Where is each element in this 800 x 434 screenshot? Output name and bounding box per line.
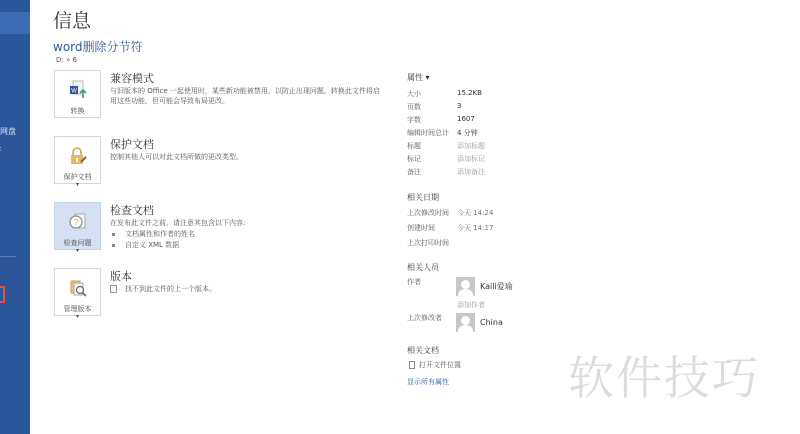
document-name: word删除分节符 [53, 38, 143, 55]
add-title-field[interactable]: 添加标题 [457, 141, 485, 151]
watermark: 软件技巧 [568, 342, 760, 408]
property-title: 标题添加标题 [407, 141, 567, 151]
property-total-editing-time: 编辑时间总计4 分钟 [407, 128, 567, 138]
property-tags: 标记添加标记 [407, 154, 567, 164]
section-description: 控制其他人可以对此文档所做的更改类型。 [110, 152, 380, 162]
page-title: 信息 [53, 6, 91, 33]
versions-status: 找不到此文件的上一个版本。 [110, 284, 216, 294]
section-description: 与旧版本的 Office 一起使用时，某些新功能被禁用，以防止出现问题。转换此文… [110, 86, 380, 106]
bullet-icon [112, 233, 115, 236]
property-pages: 页数3 [407, 102, 567, 112]
properties-heading[interactable]: 属性 ▾ [407, 72, 567, 83]
sidebar-item-baidu-netdisk[interactable]: 度网盘 [0, 126, 16, 137]
sidebar-item-other[interactable]: 于 [0, 146, 2, 157]
property-words: 字数1607 [407, 115, 567, 125]
list-item: 自定义 XML 数据 [110, 240, 195, 251]
document-icon [110, 285, 117, 293]
avatar [456, 277, 475, 296]
svg-text:W: W [71, 89, 77, 95]
section-inspect-document: ? 检查问题 ▾ 检查文档 在发布此文件之前，请注意其包含以下内容: 文档属性和… [54, 202, 384, 252]
document-icon [409, 361, 415, 369]
manage-versions-icon [68, 278, 88, 302]
manage-versions-button[interactable]: 管理版本 ▾ [54, 268, 101, 316]
sidebar-divider [0, 256, 16, 257]
properties-panel: 属性 ▾ 大小15.2KB 页数3 字数1607 编辑时间总计4 分钟 标题添加… [407, 72, 567, 83]
section-description: 在发布此文件之前，请注意其包含以下内容: [110, 218, 380, 228]
list-item: 文档属性和作者的姓名 [110, 229, 195, 240]
inspect-bullet-list: 文档属性和作者的姓名 自定义 XML 数据 [110, 229, 195, 251]
last-modified-by-name: China [480, 318, 503, 327]
date-last-modified: 上次修改时间今天 14:24 [407, 208, 567, 218]
avatar [456, 313, 475, 332]
section-protect-document: 保护文档 ▾ 保护文档 控制其他人可以对此文档所做的更改类型。 [54, 136, 384, 186]
show-all-properties-link[interactable]: 显示所有属性 [407, 377, 449, 387]
chevron-down-icon: ▾ [76, 314, 79, 320]
convert-button-label: 转换 [71, 106, 85, 116]
lock-key-icon [68, 146, 88, 170]
last-modified-by-person[interactable]: China [456, 313, 503, 332]
author-name: Kaili爱瑜 [480, 281, 513, 292]
document-path: D: » 6 [56, 56, 77, 64]
backstage-sidebar: 度网盘 于 [0, 0, 30, 434]
svg-text:?: ? [73, 218, 78, 227]
property-size: 大小15.2KB [407, 89, 567, 99]
date-last-printed: 上次打印时间 [407, 238, 567, 248]
related-people-heading: 相关人员 [407, 262, 439, 273]
section-versions: 管理版本 ▾ 版本 找不到此文件的上一个版本。 [54, 268, 384, 318]
author-person[interactable]: Kaili爱瑜 [456, 277, 513, 296]
related-documents-heading: 相关文档 [407, 345, 439, 356]
add-author-link: 添加作者 [407, 300, 567, 310]
section-heading: 保护文档 [110, 136, 154, 152]
bullet-icon [112, 244, 115, 247]
property-comments: 备注添加备注 [407, 167, 567, 177]
protect-document-button[interactable]: 保护文档 ▾ [54, 136, 101, 184]
add-comments-field[interactable]: 添加备注 [457, 167, 485, 177]
open-file-location-link[interactable]: 打开文件位置 [409, 360, 461, 370]
section-compatibility-mode: W 转换 兼容模式 与旧版本的 Office 一起使用时，某些新功能被禁用，以防… [54, 70, 384, 120]
chevron-down-icon: ▾ [76, 248, 79, 254]
convert-button[interactable]: W 转换 [54, 70, 101, 118]
related-dates-heading: 相关日期 [407, 192, 439, 203]
check-for-issues-button[interactable]: ? 检查问题 ▾ [54, 202, 101, 250]
sidebar-item-info[interactable] [0, 12, 30, 34]
section-heading: 版本 [110, 268, 132, 284]
highlight-annotation-box [0, 286, 5, 303]
section-heading: 检查文档 [110, 202, 154, 218]
section-heading: 兼容模式 [110, 70, 154, 86]
chevron-down-icon: ▾ [76, 182, 79, 188]
add-tags-field[interactable]: 添加标记 [457, 154, 485, 164]
inspect-document-icon: ? [68, 212, 88, 236]
word-convert-icon: W [68, 80, 88, 104]
date-created: 创建时间今天 14:17 [407, 223, 567, 233]
